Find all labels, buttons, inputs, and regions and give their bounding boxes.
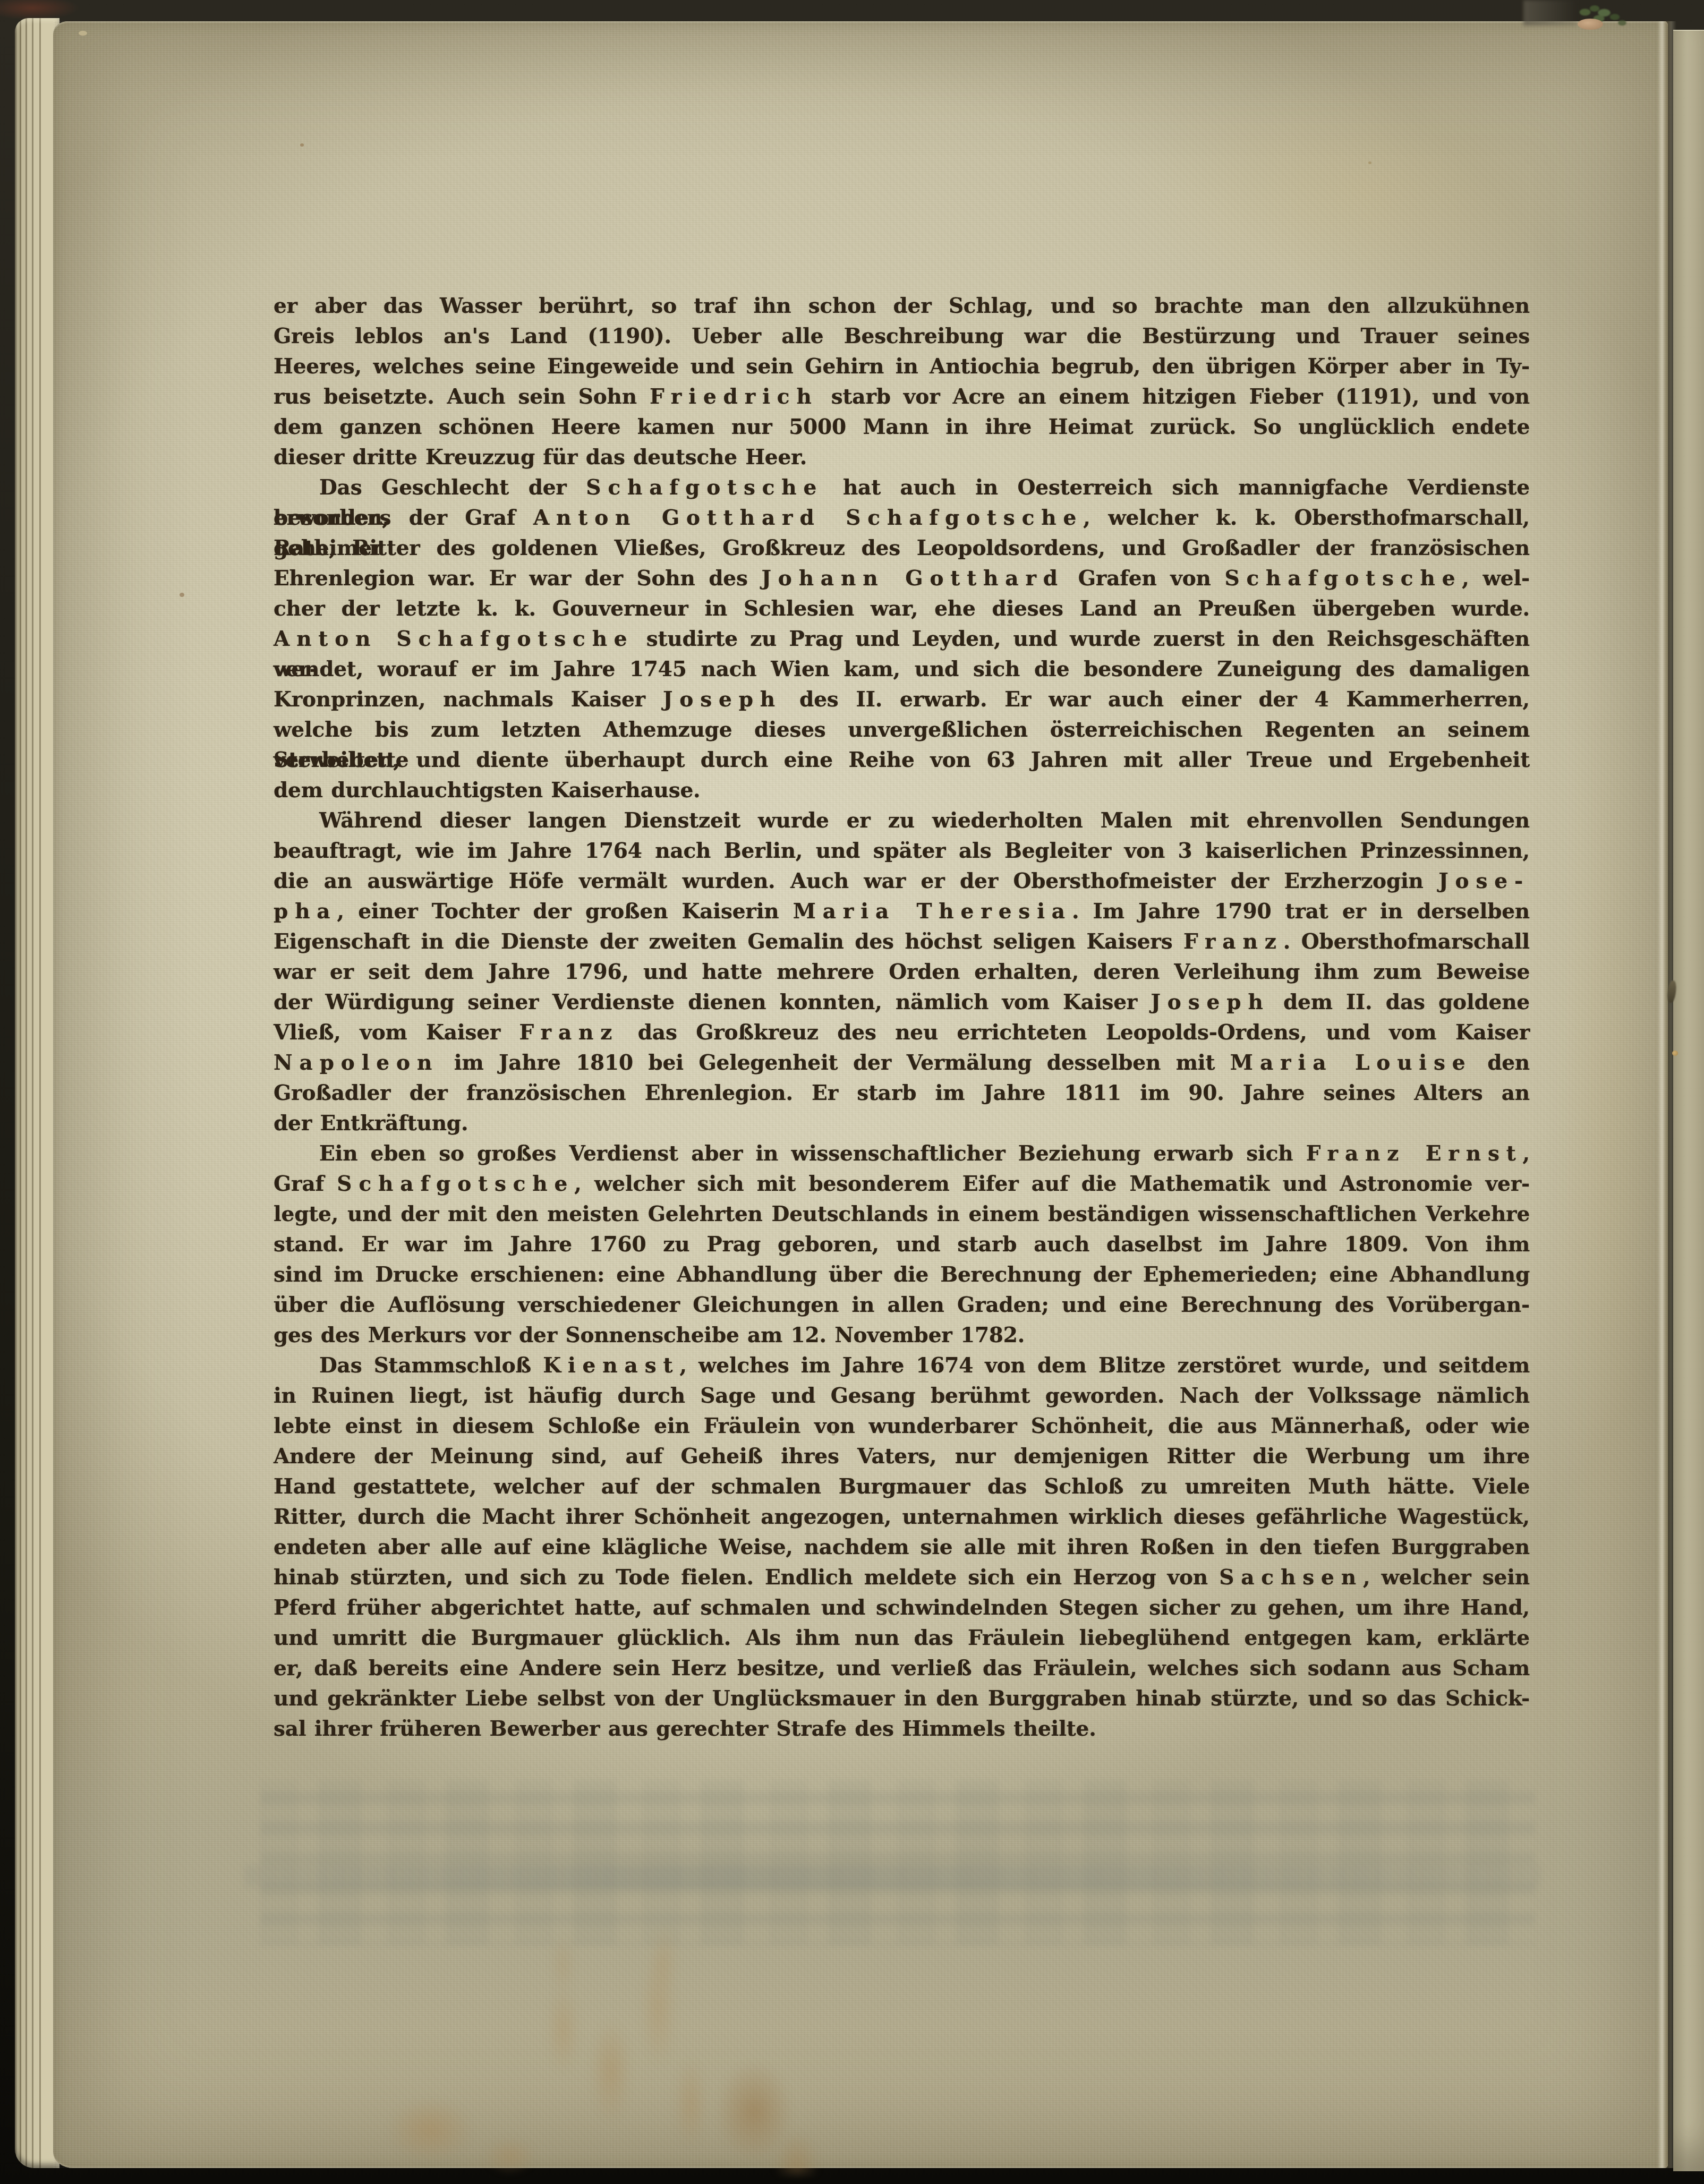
text-line: dem ganzen schönen Heere kamen nur 5000 … (274, 412, 1530, 442)
text-line: der Würdigung seiner Verdienste dienen k… (274, 987, 1530, 1018)
text-line: Andere der Meinung sind, auf Geheiß ihre… (274, 1441, 1530, 1472)
text-line: sind im Drucke erschienen: eine Abhandlu… (274, 1260, 1530, 1290)
text-line: rus beisetzte. Auch sein Sohn Friedrich … (274, 382, 1530, 412)
scanned-book-page-photo: er aber das Wasser berührt, so traf ihn … (0, 0, 1704, 2184)
paragraph: Während dieser langen Dienstzeit wurde e… (274, 806, 1530, 1139)
paper-speck (638, 1702, 642, 1705)
letterspaced-name: Kienast (543, 1353, 679, 1378)
text-line: besonders der Graf Anton Gotthard Schafg… (274, 503, 1530, 533)
text-line: Napoleon im Jahre 1810 bei Gelegenheit d… (274, 1048, 1530, 1078)
text-line: Das Stammschloß Kienast, welches im Jahr… (274, 1351, 1530, 1381)
text-line: Großadler der französischen Ehrenlegion.… (274, 1078, 1530, 1108)
text-line: Eigenschaft in die Dienste der zweiten G… (274, 927, 1530, 957)
damp-stains (319, 1891, 903, 2175)
letterspaced-name: Friedrich (650, 385, 819, 409)
text-line: dem durchlauchtigsten Kaiserhause. (274, 775, 1530, 806)
text-line: legte, und der mit den meisten Gelehrten… (274, 1199, 1530, 1230)
paper-speck (300, 143, 304, 147)
text-line: Heeres, welches seine Eingeweide und sei… (274, 352, 1530, 382)
text-line: beauftragt, wie im Jahre 1764 nach Berli… (274, 836, 1530, 866)
letterspaced-name: Jose- (1438, 869, 1530, 893)
text-line: stand. Er war im Jahre 1760 zu Prag gebo… (274, 1230, 1530, 1260)
text-line: über die Auflösung verschiedener Gleichu… (274, 1290, 1530, 1320)
letterspaced-name: Franz (1183, 929, 1283, 954)
paragraph: Das Stammschloß Kienast, welches im Jahr… (274, 1351, 1530, 1744)
letterspaced-name: Maria Louise (1230, 1051, 1472, 1075)
text-line: ges des Merkurs vor der Sonnenscheibe am… (274, 1320, 1530, 1351)
letterspaced-name: Anton Schafgotsche (274, 627, 634, 651)
letterspaced-name: pha (274, 899, 337, 924)
text-line: wendet, worauf er im Jahre 1745 nach Wie… (274, 654, 1530, 685)
page-fold-edge (1673, 30, 1704, 2171)
letterspaced-name: Franz (519, 1020, 619, 1045)
paragraph: Das Geschlecht der Schafgotsche hat auch… (274, 473, 1530, 806)
text-line: Pferd früher abgerichtet hatte, auf schm… (274, 1593, 1530, 1623)
paper-speck (832, 1433, 835, 1436)
text-line: die an auswärtige Höfe vermält wurden. A… (274, 866, 1530, 897)
text-line: cher der letzte k. k. Gouverneur in Schl… (274, 594, 1530, 624)
paper-speck (1672, 1051, 1678, 1056)
letterspaced-name: Schafgotsche (586, 475, 823, 500)
letterspaced-name: Joseph (663, 687, 782, 712)
paper-speck (180, 593, 184, 597)
text-line: endeten aber alle auf eine klägliche Wei… (274, 1532, 1530, 1563)
text-line: lebte einst in diesem Schloße ein Fräule… (274, 1411, 1530, 1441)
letterspaced-name: Schafgotsche (337, 1172, 574, 1196)
text-line: Anton Schafgotsche studirte zu Prag und … (274, 624, 1530, 654)
letterspaced-name: Napoleon (274, 1051, 439, 1075)
letterspaced-name: Joseph (1151, 990, 1270, 1014)
paragraph: Ein eben so großes Verdienst aber in wis… (274, 1139, 1530, 1351)
letterspaced-name: Johann Gotthard (761, 566, 1064, 591)
text-line: Kronprinzen, nachmals Kaiser Joseph des … (274, 685, 1530, 715)
text-line: sal ihrer früheren Bewerber aus gerechte… (274, 1714, 1530, 1744)
text-line: Vließ, vom Kaiser Franz das Großkreuz de… (274, 1018, 1530, 1048)
text-line: er, daß bereits eine Andere sein Herz be… (274, 1653, 1530, 1684)
text-line: und gekränkter Liebe selbst von der Ungl… (274, 1684, 1530, 1714)
text-line: Ritter, durch die Macht ihrer Schönheit … (274, 1502, 1530, 1532)
pebble (1578, 19, 1603, 30)
paragraph: er aber das Wasser berührt, so traf ihn … (274, 291, 1530, 473)
text-line: er aber das Wasser berührt, so traf ihn … (274, 291, 1530, 321)
letterspaced-name: Anton Gotthard Schafgotsche (533, 506, 1083, 530)
text-block: er aber das Wasser berührt, so traf ihn … (274, 291, 1530, 1744)
paper-speck (79, 31, 87, 36)
text-line: verweilten, und diente überhaupt durch e… (274, 745, 1530, 775)
fabric-fold (1523, 0, 1577, 25)
text-line: Das Geschlecht der Schafgotsche hat auch… (274, 473, 1530, 503)
text-line: Greis leblos an's Land (1190). Ueber all… (274, 321, 1530, 352)
letterspaced-name: Schafgotsche (1224, 566, 1462, 591)
text-line: Graf Schafgotsche, welcher sich mit beso… (274, 1169, 1530, 1199)
letterspaced-name: Sachsen (1219, 1565, 1363, 1590)
text-line: Hand gestattete, welcher auf der schmale… (274, 1472, 1530, 1502)
text-line: Während dieser langen Dienstzeit wurde e… (274, 806, 1530, 836)
text-line: Ehrenlegion war. Er war der Sohn des Joh… (274, 564, 1530, 594)
text-line: der Entkräftung. (274, 1108, 1530, 1139)
ink-bleedthrough-stripe (244, 1865, 1540, 1888)
paper-speck (1368, 161, 1371, 164)
letterspaced-name: Maria Theresia (793, 899, 1072, 924)
text-line: und umritt die Burgmauer glücklich. Als … (274, 1623, 1530, 1653)
text-line: Ein eben so großes Verdienst aber in wis… (274, 1139, 1530, 1169)
text-line: war er seit dem Jahre 1796, und hatte me… (274, 957, 1530, 987)
text-line: in Ruinen liegt, ist häufig durch Sage u… (274, 1381, 1530, 1411)
letterspaced-name: Franz Ernst (1306, 1141, 1523, 1166)
text-line: dieser dritte Kreuzzug für das deutsche … (274, 442, 1530, 473)
text-line: pha, einer Tochter der großen Kaiserin M… (274, 897, 1530, 927)
text-line: hinab stürzten, und sich zu Tode fielen.… (274, 1563, 1530, 1593)
text-line: Rath, Ritter des goldenen Vließes, Großk… (274, 533, 1530, 564)
text-line: welche bis zum letzten Athemzuge dieses … (274, 715, 1530, 745)
